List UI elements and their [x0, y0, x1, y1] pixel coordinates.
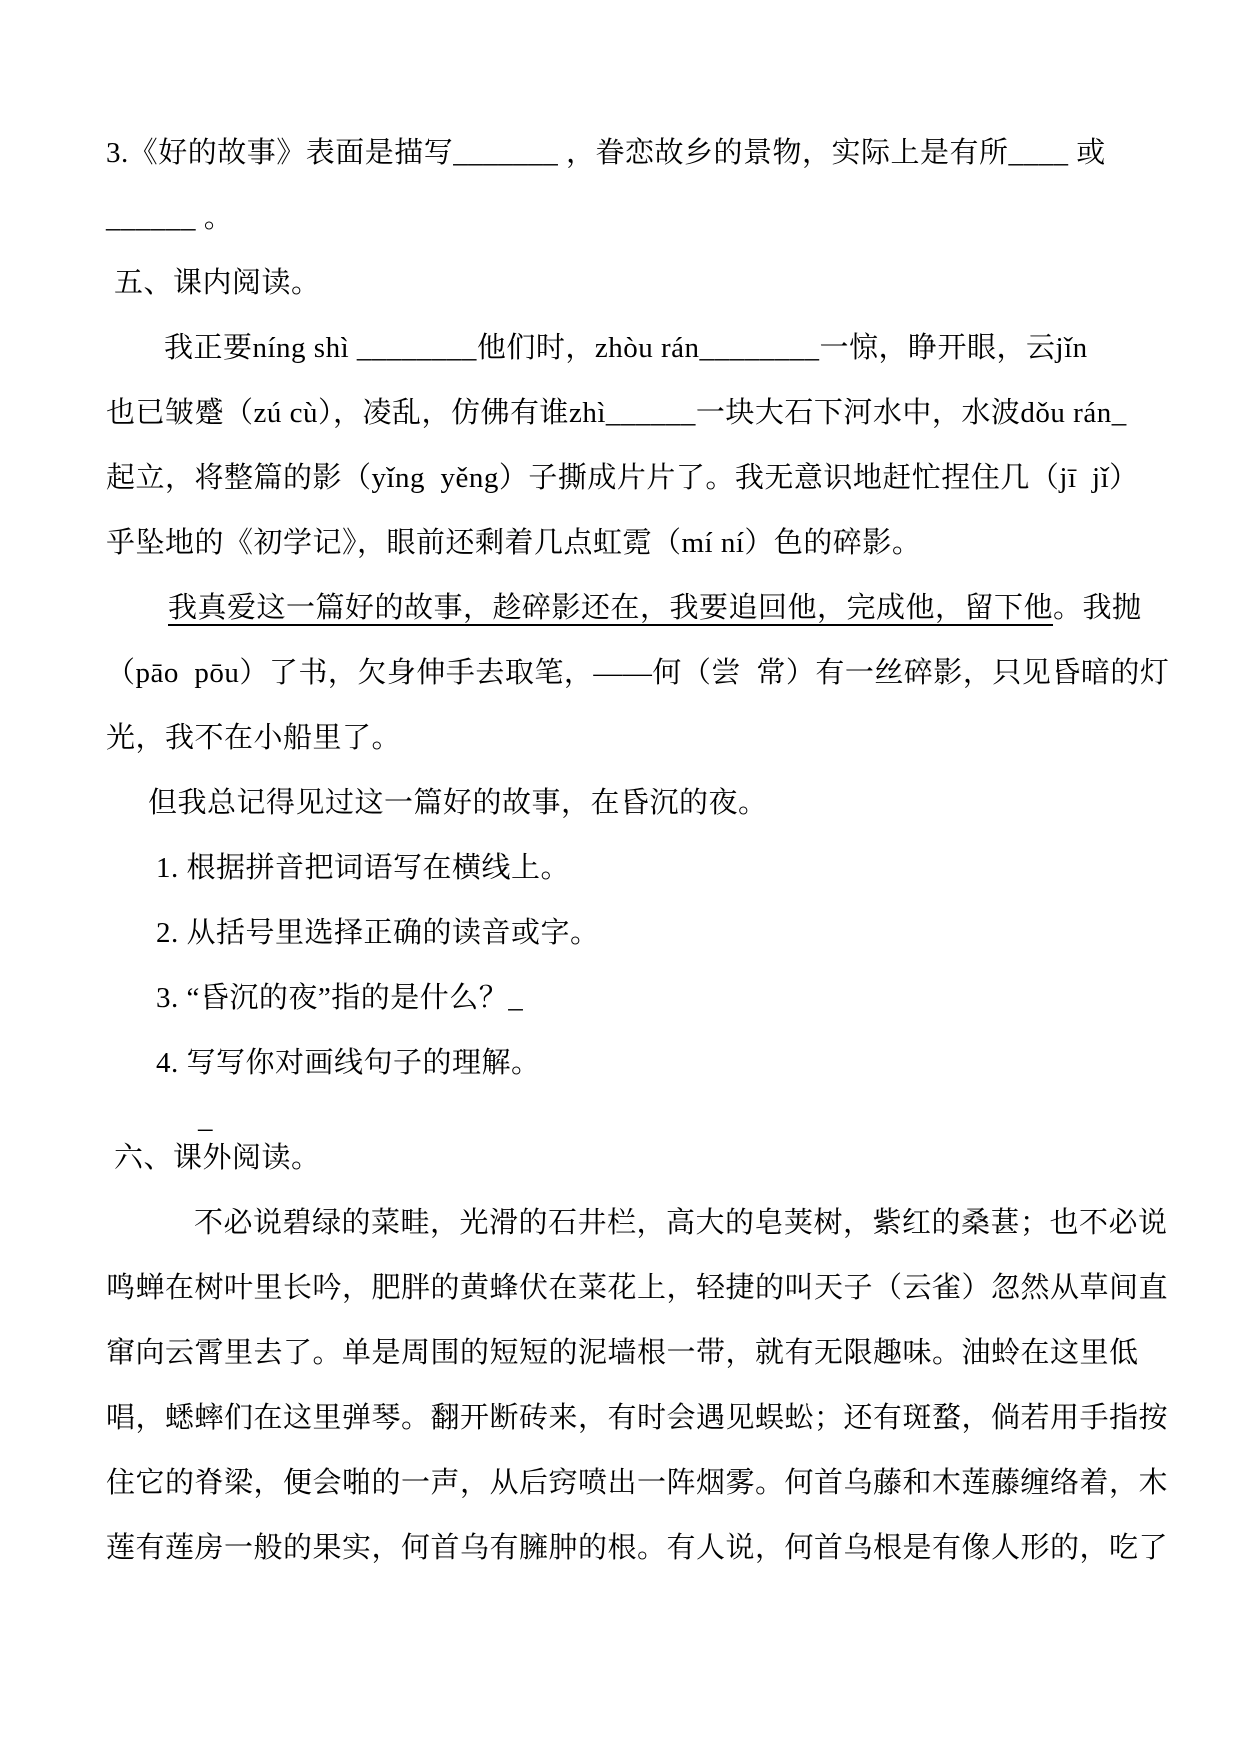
section5-passage-line3: 起立，将整篇的影（yǐng yěng）子撕成片片了。我无意识地赶忙捏住几（jī …: [106, 446, 1161, 511]
section5-passage-line2: 也已皱蹙（zú cù），凌乱，仿佛有谁zhì______一块大石下河水中，水波d…: [106, 381, 1161, 446]
section5-passage-line6: （pāo pōu）了书，欠身伸手去取笔，——何（尝 常）有一丝碎影，只见昏暗的灯: [106, 641, 1161, 706]
section5-passage-line5: 我真爱这一篇好的故事，趁碎影还在，我要追回他，完成他，留下他。我抛: [106, 576, 1161, 641]
section6-heading: 六、课外阅读。: [106, 1126, 1161, 1191]
question3-line2-blank: ______ 。: [106, 186, 1161, 251]
section5-question1: 1. 根据拼音把词语写在横线上。: [106, 836, 1161, 901]
underlined-sentence-tail: 。我抛: [1053, 592, 1142, 624]
section6-passage-line5: 住它的脊梁，便会啪的一声，从后窍喷出一阵烟雾。何首乌藤和木莲藤缠络着，木: [106, 1451, 1161, 1516]
worksheet-page: 3.《好的故事》表面是描写_______ ，眷恋故乡的景物，实际上是有所____…: [0, 0, 1241, 1754]
section6-passage-line4: 唱，蟋蟀们在这里弹琴。翻开断砖来，有时会遇见蜈蚣；还有斑蝥，倘若用手指按: [106, 1386, 1161, 1451]
section5-passage-line1: 我正要níng shì ________他们时，zhòu rán________…: [106, 316, 1161, 381]
section5-passage-line4: 乎坠地的《初学记》，眼前还剩着几点虹霓（mí ní）色的碎影。: [106, 511, 1161, 576]
section6-passage-line6: 莲有莲房一般的果实，何首乌有臃肿的根。有人说，何首乌根是有像人形的，吃了: [106, 1516, 1161, 1581]
underlined-sentence: 我真爱这一篇好的故事，趁碎影还在，我要追回他，完成他，留下他: [168, 592, 1053, 624]
section5-question3: 3. “昏沉的夜”指的是什么？_: [106, 966, 1161, 1031]
section6-passage-line1: 不必说碧绿的菜畦，光滑的石井栏，高大的皂荚树，紫红的桑葚；也不必说: [106, 1191, 1161, 1256]
section5-passage-line8: 但我总记得见过这一篇好的故事，在昏沉的夜。: [106, 771, 1161, 836]
section5-heading: 五、课内阅读。: [106, 251, 1161, 316]
question3-line1: 3.《好的故事》表面是描写_______ ，眷恋故乡的景物，实际上是有所____…: [106, 121, 1161, 186]
section5-question2: 2. 从括号里选择正确的读音或字。: [106, 901, 1161, 966]
section5-question4: 4. 写写你对画线句子的理解。: [106, 1031, 1161, 1096]
section5-passage-line7: 光，我不在小船里了。: [106, 706, 1161, 771]
section6-passage-line2: 鸣蝉在树叶里长吟，肥胖的黄蜂伏在菜花上，轻捷的叫天子（云雀）忽然从草间直: [106, 1256, 1161, 1321]
section6-passage-line3: 窜向云霄里去了。单是周围的短短的泥墙根一带，就有无限趣味。油蛉在这里低: [106, 1321, 1161, 1386]
